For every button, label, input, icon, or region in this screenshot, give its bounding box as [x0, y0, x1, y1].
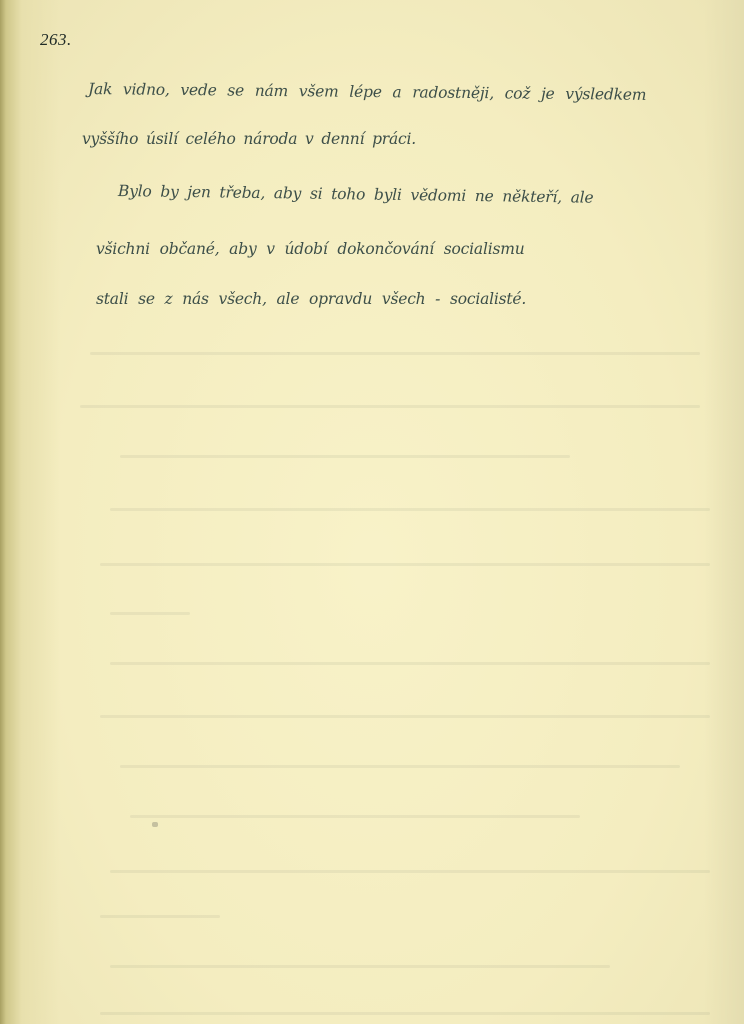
- paragraph-1-line-1: Jak vidno, vede se nám všem lépe a rados…: [88, 80, 646, 104]
- bleed-through-line: [110, 508, 710, 511]
- bleed-through-line: [110, 662, 710, 665]
- bleed-through-line: [90, 352, 700, 355]
- bleed-through-line: [110, 612, 190, 615]
- paragraph-1-line-2: vyššího úsilí celého národa v denní prác…: [82, 130, 416, 148]
- handwritten-page: 263. Jak vidno, vede se nám všem lépe a …: [0, 0, 744, 1024]
- bleed-through-line: [110, 870, 710, 873]
- bleed-through-line: [120, 455, 570, 458]
- paragraph-2-line-2: všichni občané, aby v údobí dokončování …: [96, 240, 525, 258]
- bleed-through-line: [110, 965, 610, 968]
- paragraph-2-line-1: Bylo by jen třeba, aby si toho byli vědo…: [118, 182, 594, 207]
- page-number: 263.: [40, 30, 72, 50]
- bleed-through-line: [100, 1012, 710, 1015]
- bleed-through-line: [100, 715, 710, 718]
- bleed-through-line: [80, 405, 700, 408]
- bleed-through-line: [100, 915, 220, 918]
- bleed-through-line: [120, 765, 680, 768]
- bleed-through-line: [100, 563, 710, 566]
- paper-speck: [152, 822, 158, 827]
- paragraph-2-line-3: stali se z nás všech, ale opravdu všech …: [96, 290, 526, 308]
- bleed-through-line: [130, 815, 580, 818]
